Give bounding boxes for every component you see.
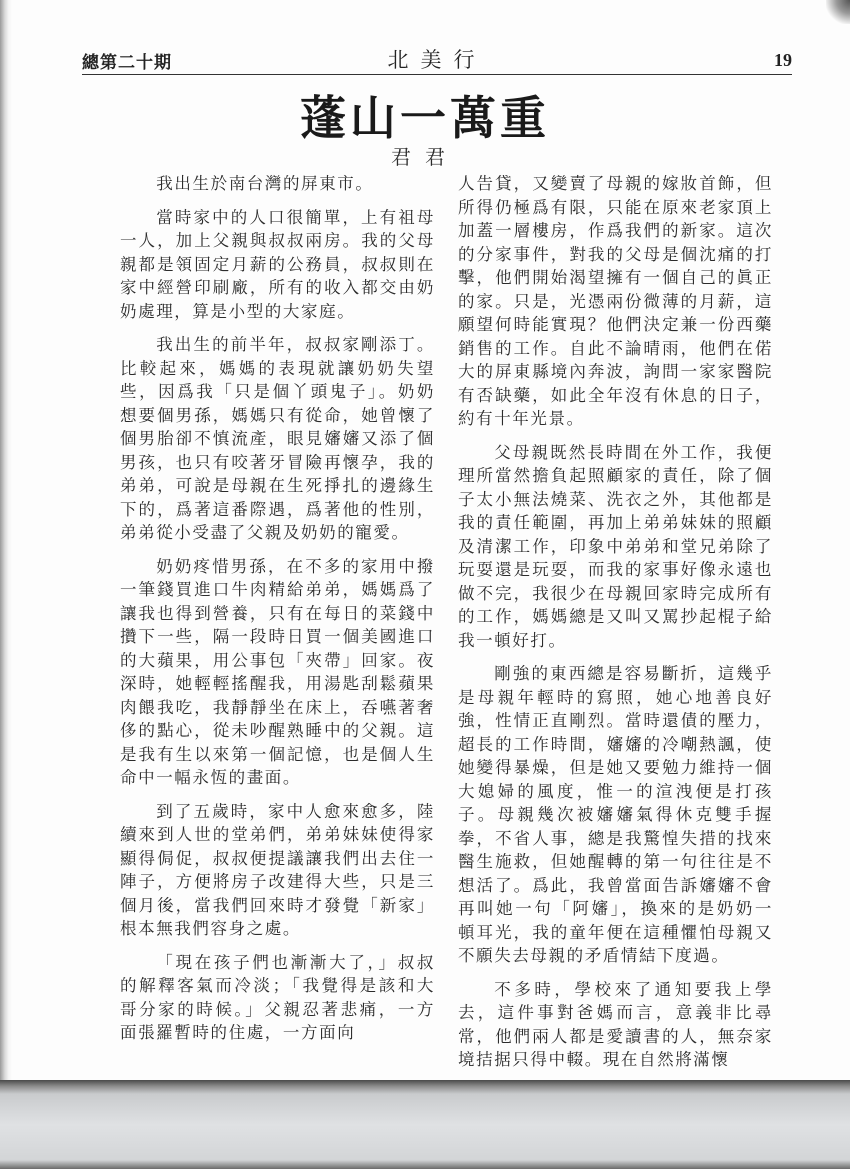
paragraph: 到了五歲時，家中人愈來愈多，陸續來到人世的堂弟們，弟弟妹妹使得家顯得侷促，叔叔便… [120, 800, 435, 941]
left-column: 我出生於南台灣的屏東市。 當時家中的人口很簡單，上有祖母一人，加上父親與叔叔兩房… [120, 172, 435, 1055]
paragraph: 不多時，學校來了通知要我上學去，這件事對爸媽而言，意義非比尋常，他們兩人都是愛讀… [458, 978, 773, 1072]
article-title: 蓬山一萬重 [0, 82, 850, 148]
article-author: 君君 [0, 141, 850, 170]
paragraph-continued: 人告貸，又變賣了母親的嫁妝首飾，但所得仍極爲有限，只能在原來老家頂上加蓋一層樓房… [458, 172, 773, 431]
paragraph: 奶奶疼惜男孫，在不多的家用中撥一筆錢買進口牛肉精給弟弟，媽媽爲了讓我也得到營養，… [120, 555, 435, 790]
paragraph: 當時家中的人口很簡單，上有祖母一人，加上父親與叔叔兩房。我的父母親都是領固定月薪… [120, 206, 435, 324]
publication-name: 北美行 [82, 44, 792, 74]
paragraph: 剛強的東西總是容易斷折，這幾乎是母親年輕時的寫照，她心地善良好強，性情正直剛烈。… [458, 662, 773, 968]
magazine-page: 總第二十期 北美行 19 蓬山一萬重 君君 我出生於南台灣的屏東市。 當時家中的… [0, 0, 850, 1080]
page-corner-shadow [826, 0, 850, 24]
page-number: 19 [774, 50, 792, 71]
paragraph: 父母親既然長時間在外工作，我便理所當然擔負起照顧家的責任，除了個子太小無法燒菜、… [458, 441, 773, 653]
paragraph: 「現在孩子們也漸漸大了，」叔叔的解釋客氣而冷淡；「我覺得是該和大哥分家的時候。」… [120, 951, 435, 1045]
paragraph: 我出生的前半年，叔叔家剛添丁。比較起來，媽媽的表現就讓奶奶失望些，因爲我「只是個… [120, 333, 435, 545]
paragraph: 我出生於南台灣的屏東市。 [120, 172, 435, 196]
running-header: 總第二十期 北美行 19 [82, 44, 792, 75]
right-column: 人告貸，又變賣了母親的嫁妝首飾，但所得仍極爲有限，只能在原來老家頂上加蓋一層樓房… [458, 172, 773, 1082]
scanner-bed-edge [0, 1080, 850, 1169]
